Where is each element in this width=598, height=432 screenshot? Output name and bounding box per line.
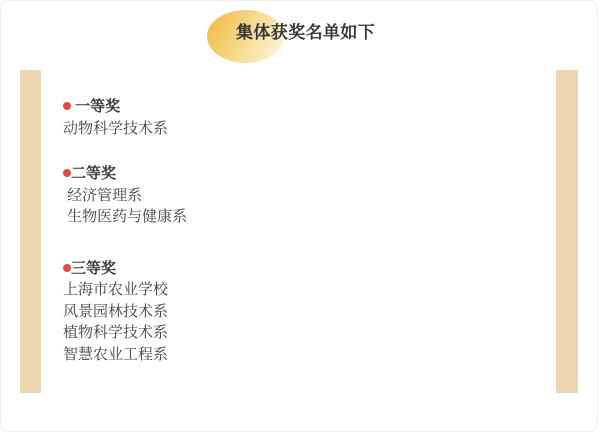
award-groups: 一等奖 动物科学技术系 二等奖 经济管理系 生物医药与健康系 三等奖 上海市农业… bbox=[63, 96, 187, 365]
bullet-icon bbox=[63, 264, 71, 272]
award-group-heading: 三等奖 bbox=[63, 258, 187, 280]
bullet-icon bbox=[63, 102, 71, 110]
bullet-icon bbox=[63, 169, 71, 177]
article-page: 集体获奖名单如下 一等奖 动物科学技术系 二等奖 经济管理系 生物医药与健康系 … bbox=[0, 0, 598, 432]
award-group: 二等奖 经济管理系 生物医药与健康系 bbox=[63, 163, 187, 228]
award-group-items: 经济管理系 生物医药与健康系 bbox=[63, 185, 187, 228]
award-item: 动物科学技术系 bbox=[63, 118, 187, 140]
award-group-label: 三等奖 bbox=[71, 260, 116, 277]
award-group: 三等奖 上海市农业学校风景园林技术系植物科学技术系智慧农业工程系 bbox=[63, 258, 187, 366]
award-group-heading: 二等奖 bbox=[63, 163, 187, 185]
award-group-label: 二等奖 bbox=[71, 165, 116, 182]
left-decor-bar bbox=[20, 70, 41, 393]
award-item: 植物科学技术系 bbox=[63, 322, 187, 344]
award-item: 风景园林技术系 bbox=[63, 301, 187, 323]
award-item: 经济管理系 bbox=[63, 185, 187, 207]
award-group-items: 上海市农业学校风景园林技术系植物科学技术系智慧农业工程系 bbox=[63, 279, 187, 365]
award-group: 一等奖 动物科学技术系 bbox=[63, 96, 187, 139]
page-title: 集体获奖名单如下 bbox=[236, 24, 375, 41]
award-group-label: 一等奖 bbox=[71, 98, 120, 115]
right-decor-bar bbox=[556, 70, 578, 393]
award-group-heading: 一等奖 bbox=[63, 96, 187, 118]
award-item: 智慧农业工程系 bbox=[63, 344, 187, 366]
award-item: 上海市农业学校 bbox=[63, 279, 187, 301]
award-item: 生物医药与健康系 bbox=[63, 206, 187, 228]
award-group-items: 动物科学技术系 bbox=[63, 118, 187, 140]
